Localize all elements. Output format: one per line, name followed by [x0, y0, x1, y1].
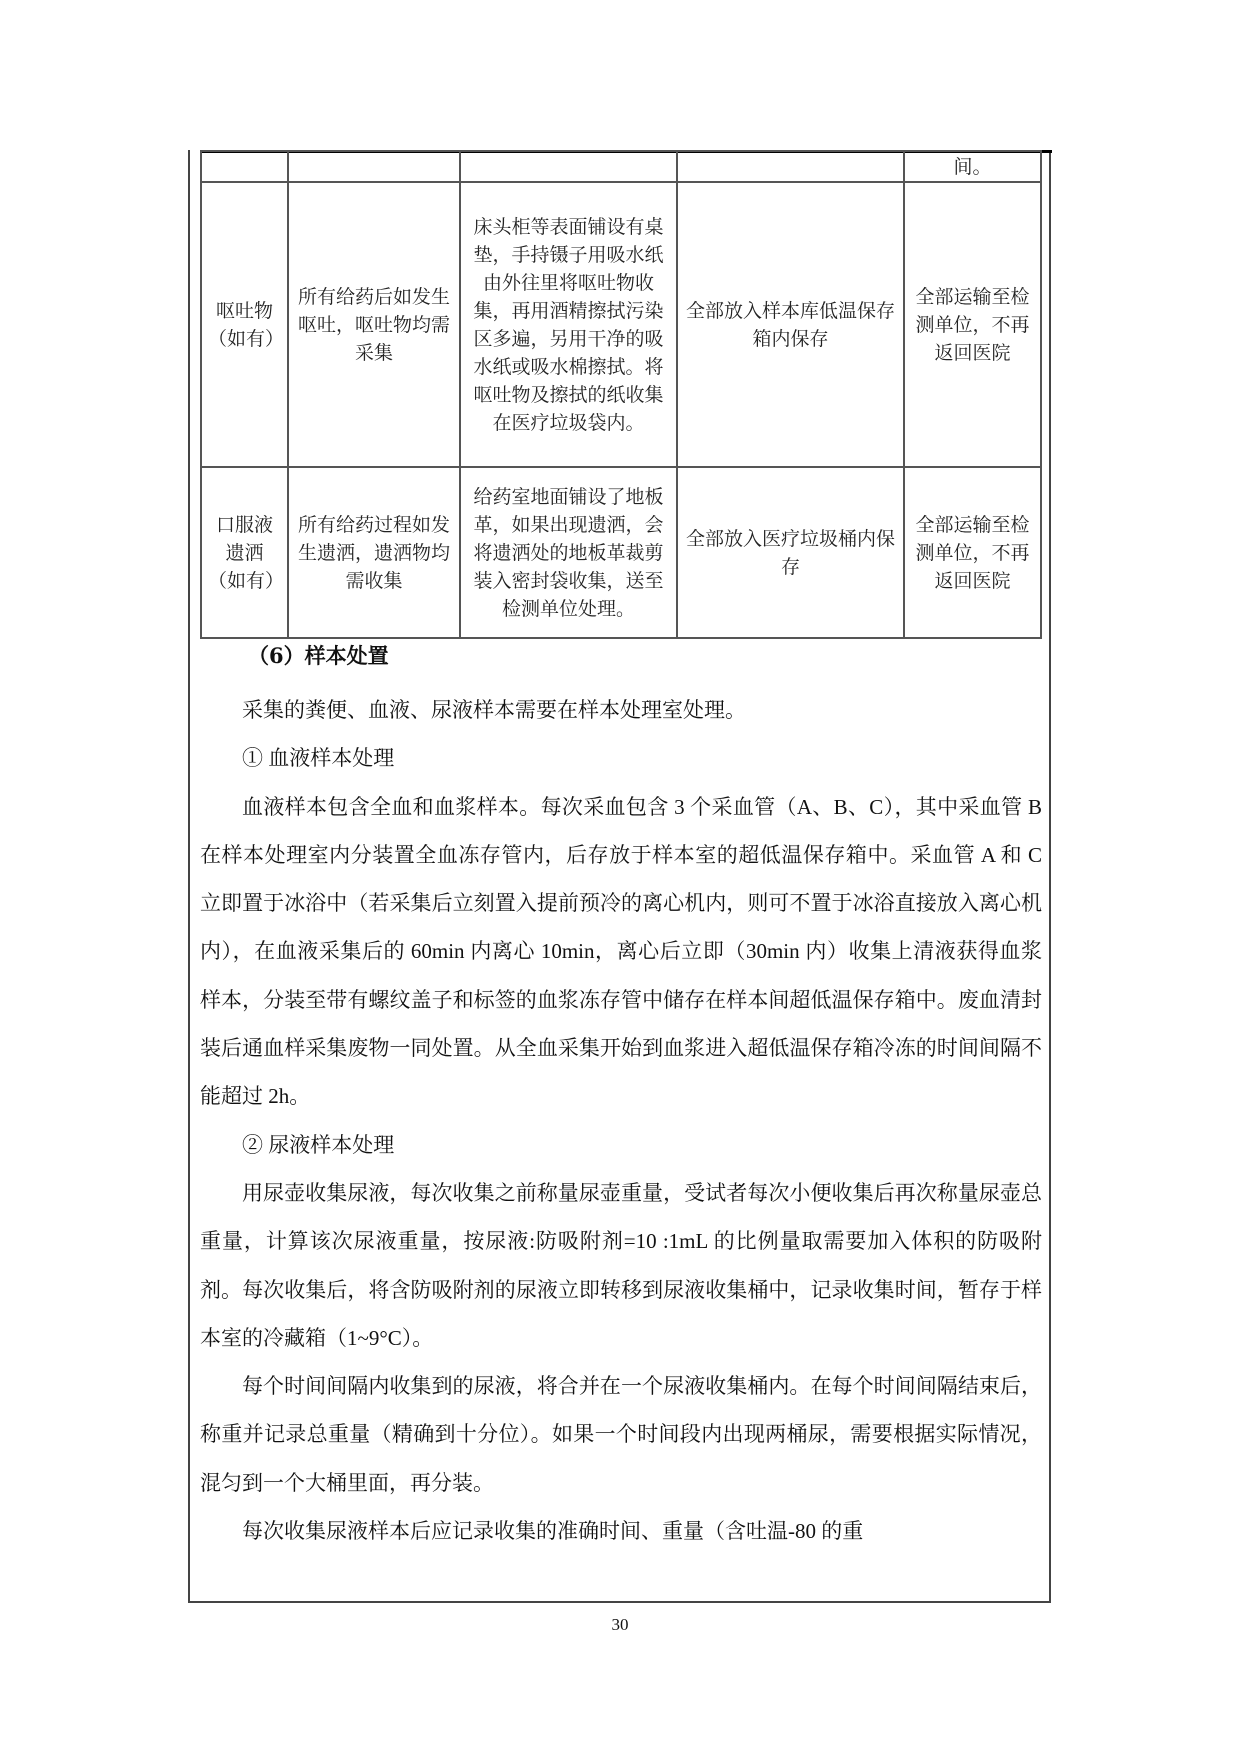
paragraph: 血液样本包含全血和血浆样本。每次采血包含 3 个采血管（A、B、C），其中采血管…	[200, 783, 1042, 1121]
cell-method	[460, 151, 677, 182]
section-heading: （6）样本处置	[248, 640, 389, 670]
section-body: 采集的粪便、血液、尿液样本需要在样本处理室处理。 ① 血液样本处理 血液样本包含…	[200, 686, 1042, 1555]
table-row: 间。	[201, 151, 1041, 182]
cell-storage	[677, 151, 904, 182]
cell-scope: 所有给药过程如发生遗洒，遗洒物均需收集	[288, 467, 460, 638]
page-number: 30	[0, 1615, 1240, 1635]
cell-storage: 全部放入样本库低温保存箱内保存	[677, 182, 904, 467]
cell-disposal: 全部运输至检测单位，不再返回医院	[904, 182, 1041, 467]
cell-storage: 全部放入医疗垃圾桶内保存	[677, 467, 904, 638]
sample-waste-table: 间。 呕吐物（如有） 所有给药后如发生呕吐，呕吐物均需采集 床头柜等表面铺设有桌…	[200, 150, 1042, 639]
cell-scope: 所有给药后如发生呕吐，呕吐物均需采集	[288, 182, 460, 467]
cell-scope	[288, 151, 460, 182]
paragraph: 每次收集尿液样本后应记录收集的准确时间、重量（含吐温-80 的重	[200, 1507, 1042, 1555]
cell-item: 呕吐物（如有）	[201, 182, 288, 467]
cell-method: 给药室地面铺设了地板革，如果出现遗洒，会将遗洒处的地板革裁剪装入密封袋收集，送至…	[460, 467, 677, 638]
subheading-urine: ② 尿液样本处理	[200, 1121, 1042, 1169]
subheading-blood: ① 血液样本处理	[200, 734, 1042, 782]
cell-item	[201, 151, 288, 182]
cell-disposal: 间。	[904, 151, 1041, 182]
cell-disposal: 全部运输至检测单位，不再返回医院	[904, 467, 1041, 638]
cell-method: 床头柜等表面铺设有桌垫，手持镊子用吸水纸由外往里将呕吐物收集，再用酒精擦拭污染区…	[460, 182, 677, 467]
table-row: 口服液遗洒（如有） 所有给药过程如发生遗洒，遗洒物均需收集 给药室地面铺设了地板…	[201, 467, 1041, 638]
paragraph: 采集的粪便、血液、尿液样本需要在样本处理室处理。	[200, 686, 1042, 734]
cell-item: 口服液遗洒（如有）	[201, 467, 288, 638]
paragraph: 用尿壶收集尿液，每次收集之前称量尿壶重量，受试者每次小便收集后再次称量尿壶总重量…	[200, 1169, 1042, 1362]
paragraph: 每个时间间隔内收集到的尿液，将合并在一个尿液收集桶内。在每个时间间隔结束后，称重…	[200, 1362, 1042, 1507]
table-row: 呕吐物（如有） 所有给药后如发生呕吐，呕吐物均需采集 床头柜等表面铺设有桌垫，手…	[201, 182, 1041, 467]
